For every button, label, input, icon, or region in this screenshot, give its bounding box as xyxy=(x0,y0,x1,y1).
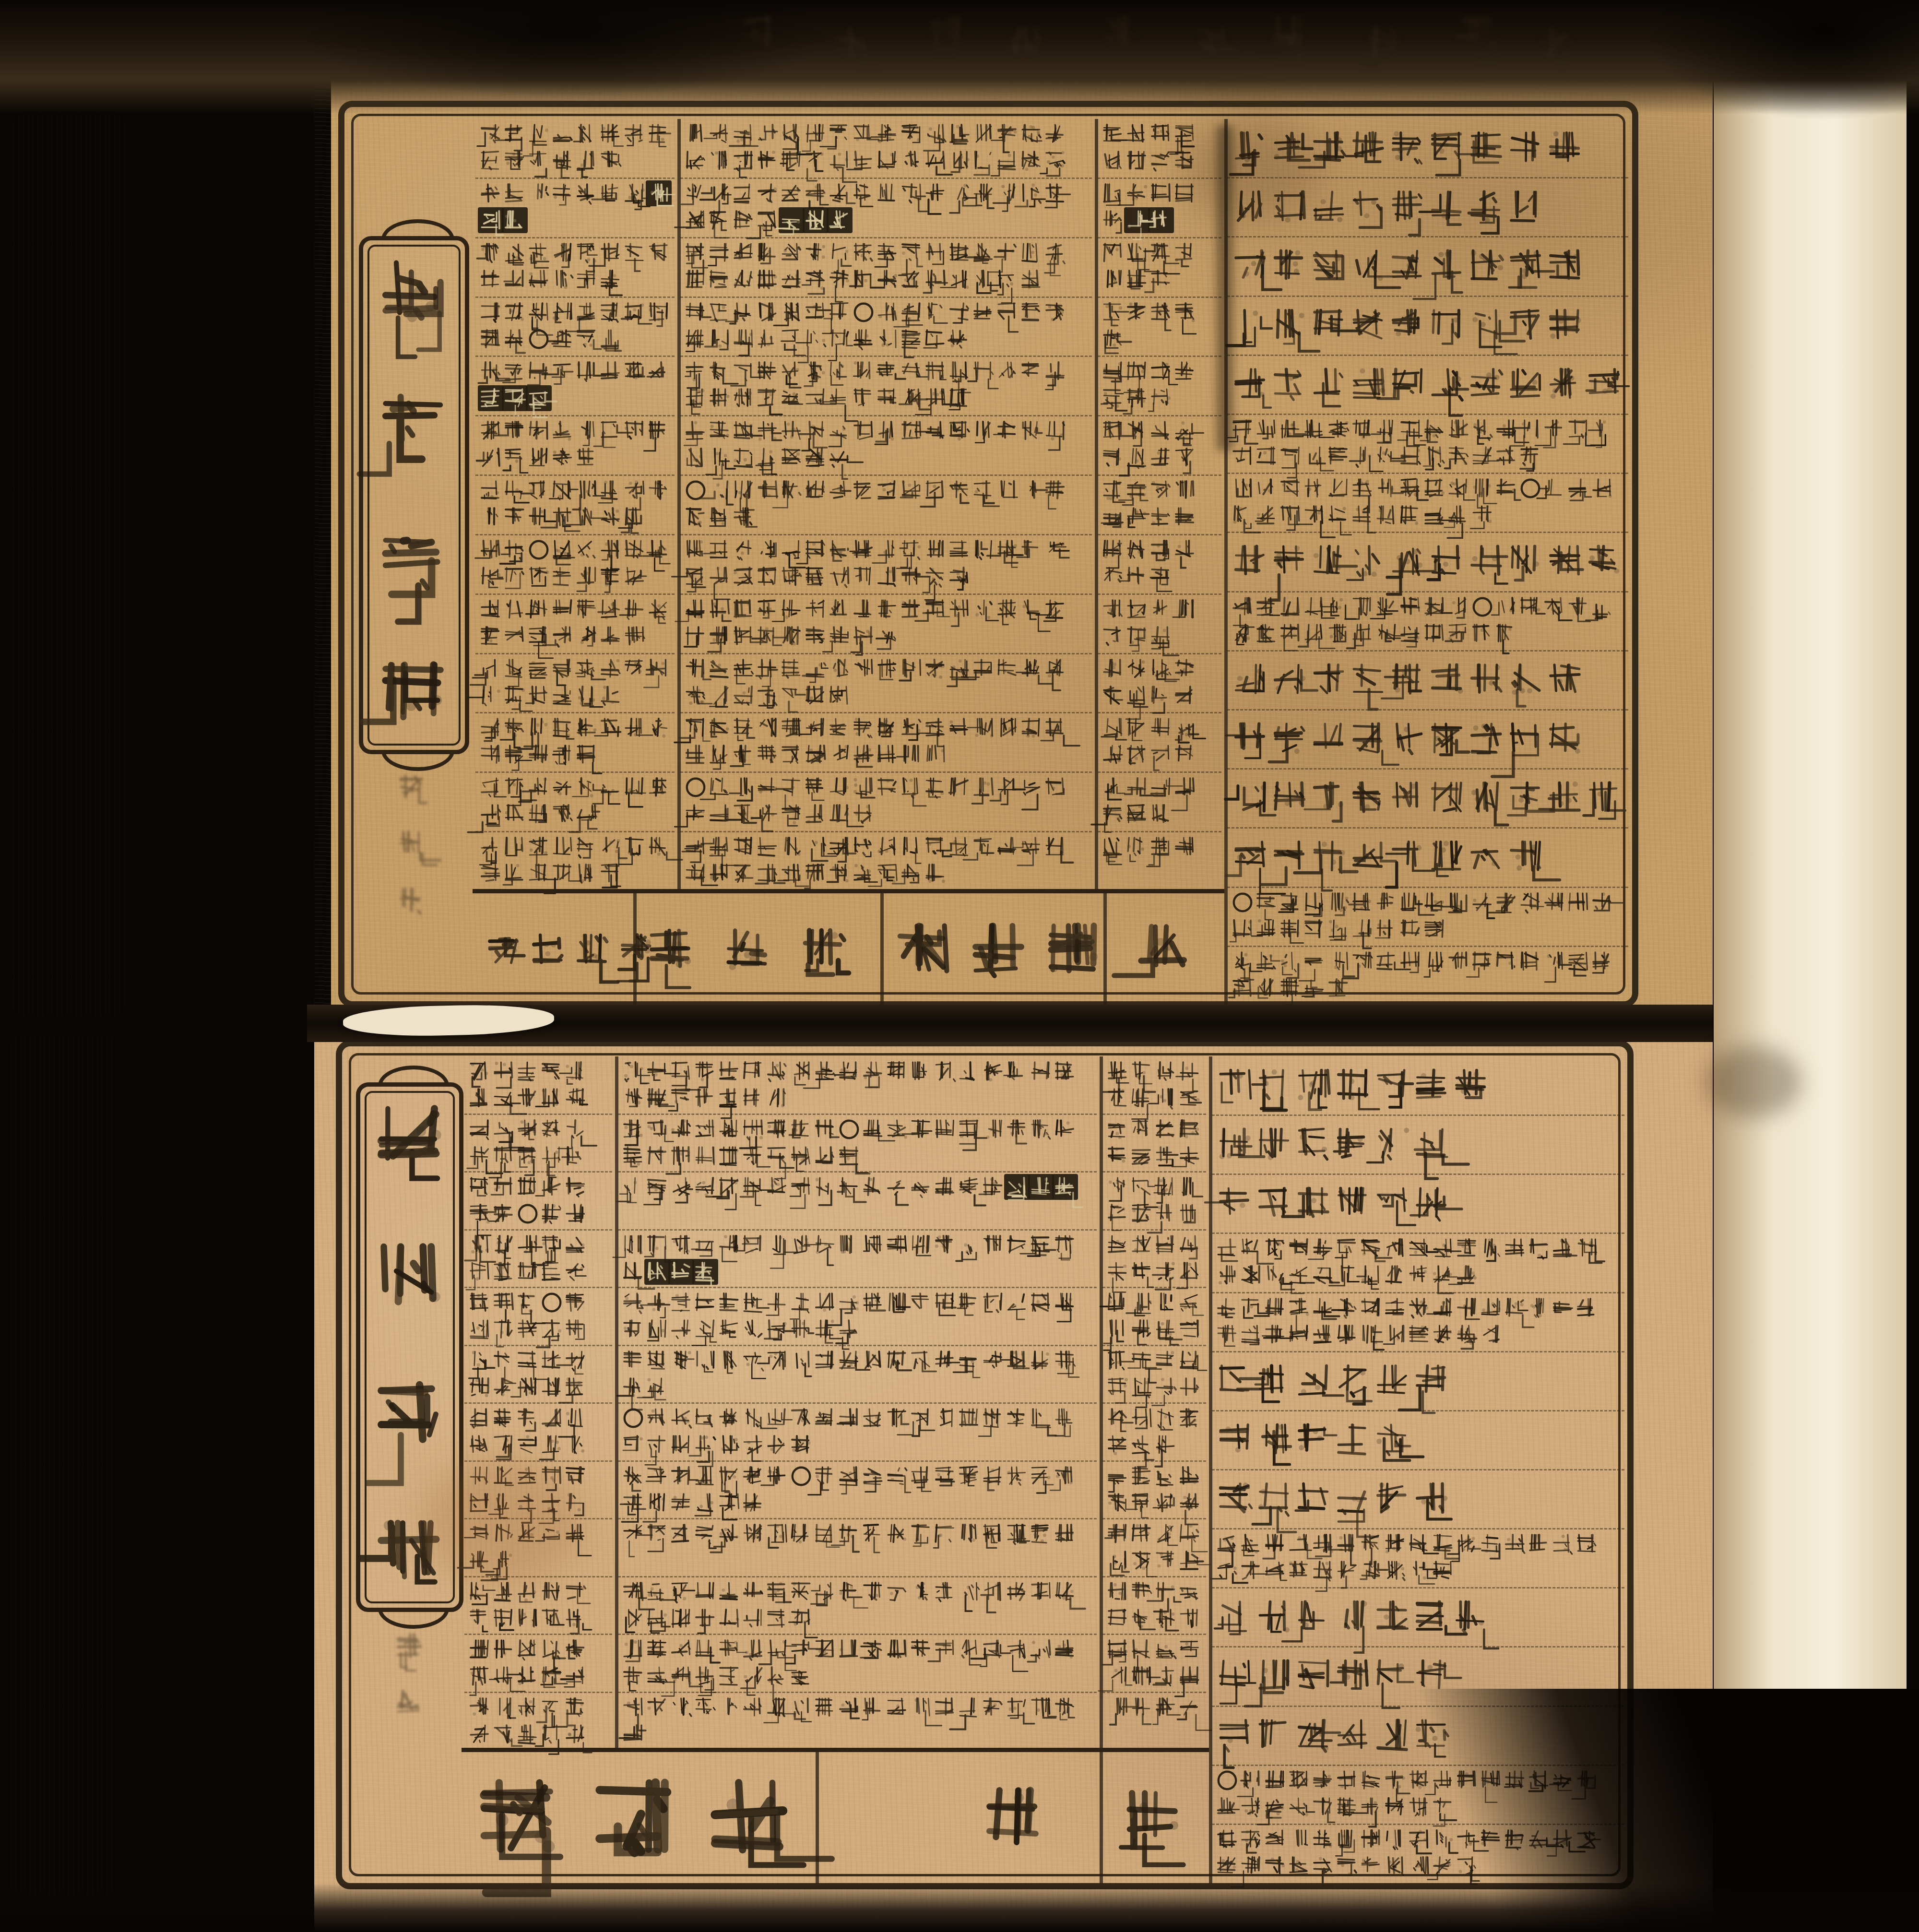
glyph-stroke xyxy=(497,1640,498,1654)
text-band xyxy=(1098,714,1221,770)
glyph-stroke xyxy=(1457,479,1457,497)
glyph-stroke xyxy=(1497,1326,1498,1342)
ink-bleed xyxy=(939,676,942,679)
glyph-stroke xyxy=(1001,130,1008,130)
ink-bleed xyxy=(1516,865,1522,871)
glyph-stroke xyxy=(879,746,880,761)
glyph-stroke xyxy=(980,719,981,734)
glyph-stroke xyxy=(864,1135,882,1136)
ink-bleed xyxy=(809,278,812,281)
glyph-stroke xyxy=(782,154,798,154)
glyph-stroke xyxy=(797,244,798,258)
glyph-stroke xyxy=(738,1494,739,1508)
glyph-stroke xyxy=(1181,1128,1196,1128)
glyph-stroke xyxy=(648,1642,665,1643)
glyph-stroke xyxy=(980,838,981,851)
glyph-stroke xyxy=(1590,374,1618,375)
glyph-stroke xyxy=(1353,521,1370,522)
glyph-stroke xyxy=(730,779,741,794)
ink-bleed xyxy=(529,669,533,673)
glyph-stroke xyxy=(832,395,834,401)
glyph-stroke xyxy=(919,198,927,211)
glyph-stroke xyxy=(830,400,845,401)
ink-bleed xyxy=(657,604,661,607)
glyph-stroke xyxy=(1601,783,1603,810)
ink-bleed xyxy=(831,932,838,939)
glyph-stroke xyxy=(762,1368,763,1371)
glyph-stroke xyxy=(1011,1533,1013,1536)
glyph-stroke xyxy=(557,1353,572,1365)
ink-bleed xyxy=(960,1135,963,1138)
ink-bleed xyxy=(1343,507,1346,510)
ink-bleed xyxy=(1485,1550,1488,1553)
glyph-stroke xyxy=(637,1725,638,1739)
ink-bleed xyxy=(689,665,692,668)
ink-bleed xyxy=(1322,1147,1327,1152)
glyph-stroke xyxy=(712,600,713,617)
glyph-stroke xyxy=(1182,1351,1183,1366)
glyph-stroke xyxy=(1140,271,1140,286)
glyph-stroke xyxy=(1452,272,1462,293)
glyph-stroke xyxy=(1545,967,1555,982)
glyph-stroke xyxy=(1319,310,1321,333)
glyph-stroke xyxy=(577,585,586,591)
glyph-stroke xyxy=(514,734,520,748)
glyph-stroke xyxy=(542,838,543,853)
ink-bleed xyxy=(1066,1121,1070,1125)
glyph-stroke xyxy=(656,1351,657,1365)
glyph-stroke xyxy=(1523,463,1525,465)
glyph-stroke xyxy=(563,184,564,200)
circle-marker xyxy=(1234,893,1251,911)
glyph-stroke xyxy=(1528,450,1528,451)
glyph-stroke xyxy=(1424,970,1430,977)
glyph-stroke xyxy=(1463,632,1464,639)
glyph-stroke xyxy=(1410,1304,1426,1305)
glyph-stroke xyxy=(1138,606,1144,612)
ink-bleed xyxy=(1550,149,1555,154)
ink-bleed xyxy=(1583,420,1587,423)
glyph-stroke xyxy=(579,191,582,192)
ink-bleed xyxy=(942,1245,945,1248)
glyph-stroke xyxy=(712,781,713,791)
glyph-stroke xyxy=(1119,1563,1121,1568)
glyph-stroke xyxy=(914,541,914,556)
glyph-stroke xyxy=(1172,795,1187,811)
ink-bleed xyxy=(1294,748,1300,754)
glyph-stroke xyxy=(535,508,536,524)
glyph-stroke xyxy=(825,1155,827,1156)
ink-bleed xyxy=(1308,488,1311,491)
glyph-stroke xyxy=(531,637,536,639)
ink-bleed xyxy=(864,1076,867,1079)
ink-bleed xyxy=(987,782,990,786)
glyph-stroke xyxy=(602,282,616,283)
text-band xyxy=(1098,476,1221,532)
glyph-stroke xyxy=(1058,362,1059,379)
glyph-stroke xyxy=(1010,1587,1011,1599)
glyph-stroke xyxy=(1045,379,1053,390)
glyph-stroke xyxy=(1181,1680,1198,1681)
glyph-stroke xyxy=(604,702,605,705)
glyph-stroke xyxy=(1417,1622,1441,1623)
glyph-stroke xyxy=(506,1552,506,1566)
glyph-stroke xyxy=(1133,1178,1134,1192)
ink-bleed xyxy=(1047,1476,1051,1479)
glyph-stroke xyxy=(1070,1293,1070,1311)
formula-highlight-block xyxy=(526,385,552,411)
glyph-stroke xyxy=(513,481,513,496)
ink-bleed xyxy=(1472,556,1478,561)
ink-bleed xyxy=(1319,154,1324,160)
ink-bleed xyxy=(1136,460,1139,463)
glyph-stroke xyxy=(733,1147,733,1163)
glyph-stroke xyxy=(1349,895,1364,904)
glyph-stroke xyxy=(562,244,562,257)
ink-bleed xyxy=(1475,796,1480,802)
ink-bleed xyxy=(1193,1481,1196,1484)
glyph-stroke xyxy=(583,138,584,140)
glyph-stroke xyxy=(1523,842,1523,865)
ink-bleed xyxy=(603,686,606,689)
ink-bleed xyxy=(1452,601,1456,604)
glyph-stroke xyxy=(485,1062,486,1079)
glyph-stroke xyxy=(541,271,541,287)
glyph-stroke xyxy=(687,721,701,722)
glyph-stroke xyxy=(1526,910,1528,913)
glyph-stroke xyxy=(1416,1562,1417,1575)
glyph-stroke xyxy=(893,276,895,279)
glyph-stroke xyxy=(1013,838,1013,854)
glyph-stroke xyxy=(1464,1070,1466,1094)
glyph-stroke xyxy=(755,1352,756,1356)
glyph-stroke xyxy=(720,1649,734,1650)
glyph-stroke xyxy=(580,125,581,142)
glyph-stroke xyxy=(789,554,805,568)
ink-bleed xyxy=(783,1322,787,1326)
glyph-stroke xyxy=(628,1467,629,1481)
glyph-stroke xyxy=(1299,1075,1327,1076)
glyph-stroke xyxy=(554,576,570,576)
glyph-stroke xyxy=(1410,310,1411,331)
glyph-stroke xyxy=(1039,1413,1041,1416)
glyph-stroke xyxy=(1176,791,1190,792)
glyph-stroke xyxy=(554,556,570,556)
ink-bleed xyxy=(1432,434,1435,438)
glyph-stroke xyxy=(1374,1326,1375,1339)
ink-bleed xyxy=(1268,448,1271,451)
glyph-stroke xyxy=(697,460,701,465)
ink-bleed xyxy=(1069,1655,1073,1659)
glyph-stroke xyxy=(798,541,799,558)
glyph-stroke xyxy=(1372,29,1374,50)
ink-bleed xyxy=(1060,1073,1064,1077)
glyph-stroke xyxy=(740,161,741,162)
glyph-stroke xyxy=(758,1334,762,1337)
ink-bleed xyxy=(477,1363,480,1366)
glyph-stroke xyxy=(962,491,967,496)
glyph-stroke xyxy=(1046,201,1063,201)
glyph-stroke xyxy=(792,1612,807,1612)
glyph-stroke xyxy=(589,251,605,266)
glyph-stroke xyxy=(1140,660,1141,676)
glyph-stroke xyxy=(934,316,948,323)
glyph-stroke xyxy=(843,1062,844,1080)
glyph-stroke xyxy=(1218,1551,1232,1552)
ink-bleed xyxy=(1573,254,1578,260)
folio-margin-marks xyxy=(384,772,441,945)
text-band xyxy=(1102,1404,1206,1458)
glyph-stroke xyxy=(471,1209,487,1210)
glyph-stroke xyxy=(1169,370,1177,385)
glyph-stroke xyxy=(1442,1576,1448,1578)
glyph-stroke xyxy=(1554,1304,1569,1304)
ink-bleed xyxy=(1551,393,1556,399)
glyph-stroke xyxy=(650,1445,651,1449)
glyph-stroke xyxy=(538,778,539,794)
glyph-stroke xyxy=(840,1186,857,1186)
glyph-stroke xyxy=(743,318,745,320)
ink-bleed xyxy=(779,1535,782,1538)
glyph-stroke xyxy=(926,840,942,841)
glyph-stroke xyxy=(972,1526,974,1529)
glyph-stroke xyxy=(688,553,694,553)
glyph-stroke xyxy=(893,389,894,403)
glyph-stroke xyxy=(1409,627,1410,629)
glyph-stroke xyxy=(911,852,915,853)
glyph-stroke xyxy=(783,1700,795,1713)
glyph-stroke xyxy=(1056,1470,1071,1471)
glyph-stroke xyxy=(870,735,872,738)
glyph-stroke xyxy=(998,310,1013,311)
glyph-stroke xyxy=(500,556,515,564)
glyph-stroke xyxy=(1275,679,1298,680)
ink-bleed xyxy=(688,1351,691,1354)
ink-bleed xyxy=(1142,1566,1146,1570)
glyph-stroke xyxy=(471,1705,486,1706)
glyph-stroke xyxy=(510,569,513,581)
glyph-stroke xyxy=(1256,787,1258,791)
glyph-stroke xyxy=(1182,252,1189,255)
glyph-stroke xyxy=(878,870,895,870)
glyph-stroke xyxy=(1265,909,1271,919)
glyph-stroke xyxy=(782,675,800,676)
glyph-stroke xyxy=(1323,1326,1324,1339)
glyph-stroke xyxy=(896,1195,908,1205)
glyph-stroke xyxy=(519,1073,533,1073)
ink-bleed xyxy=(914,1698,918,1702)
glyph-stroke xyxy=(1275,142,1299,143)
glyph-stroke xyxy=(1446,1239,1446,1256)
ink-bleed xyxy=(629,1092,632,1095)
glyph-stroke xyxy=(753,1640,754,1657)
glyph-stroke xyxy=(1133,1181,1148,1181)
glyph-stroke xyxy=(573,1330,575,1332)
glyph-stroke xyxy=(696,1280,713,1280)
glyph-stroke xyxy=(1132,1793,1134,1836)
glyph-stroke xyxy=(768,607,769,613)
ink-bleed xyxy=(793,821,796,825)
ink-bleed xyxy=(878,140,881,143)
glyph-stroke xyxy=(1401,506,1402,523)
glyph-stroke xyxy=(1299,842,1299,868)
glyph-stroke xyxy=(911,184,912,197)
glyph-stroke xyxy=(676,1147,677,1161)
glyph-stroke xyxy=(1260,1206,1286,1207)
ink-bleed xyxy=(1494,375,1500,380)
glyph-stroke xyxy=(536,129,540,138)
glyph-stroke xyxy=(1543,1299,1543,1313)
glyph-stroke xyxy=(691,449,691,466)
glyph-stroke xyxy=(952,602,953,604)
glyph-stroke xyxy=(1056,1305,1072,1306)
glyph-stroke xyxy=(768,1074,783,1075)
glyph-stroke xyxy=(888,1588,903,1588)
glyph-stroke xyxy=(567,1297,581,1298)
glyph-stroke xyxy=(939,1599,940,1601)
glyph-stroke xyxy=(812,793,824,801)
glyph-stroke xyxy=(945,926,947,971)
glyph-stroke xyxy=(887,660,887,676)
ink-bleed xyxy=(529,257,533,260)
glyph-stroke xyxy=(1401,463,1416,464)
glyph-stroke xyxy=(1157,1363,1171,1363)
glyph-stroke xyxy=(698,1183,700,1185)
glyph-stroke xyxy=(807,1149,810,1163)
glyph-stroke xyxy=(1456,449,1466,464)
glyph-stroke xyxy=(785,1641,796,1646)
glyph-stroke xyxy=(878,166,894,167)
ink-bleed xyxy=(509,671,513,674)
glyph-stroke xyxy=(619,955,635,970)
glyph-stroke xyxy=(1461,952,1462,968)
glyph-stroke xyxy=(555,1667,556,1683)
ink-bleed xyxy=(1159,1179,1162,1182)
glyph-stroke xyxy=(868,1178,869,1195)
glyph-stroke xyxy=(1190,1595,1197,1598)
glyph-stroke xyxy=(1366,484,1371,496)
glyph-stroke xyxy=(826,1310,841,1325)
glyph-stroke xyxy=(1153,703,1164,713)
ink-bleed xyxy=(1310,988,1314,991)
glyph-stroke xyxy=(684,435,697,445)
glyph-stroke xyxy=(1267,1095,1269,1099)
glyph-stroke xyxy=(498,541,499,555)
ink-bleed xyxy=(475,1379,479,1382)
glyph-stroke xyxy=(641,719,641,733)
glyph-stroke xyxy=(519,1296,534,1296)
glyph-stroke xyxy=(1606,954,1608,960)
glyph-stroke xyxy=(626,246,642,247)
glyph-stroke xyxy=(650,612,666,613)
glyph-stroke xyxy=(1179,600,1180,617)
glyph-stroke xyxy=(1276,783,1278,809)
glyph-stroke xyxy=(711,257,726,258)
glyph-stroke xyxy=(1121,1354,1134,1362)
glyph-stroke xyxy=(994,1236,995,1250)
glyph-stroke xyxy=(1181,1248,1195,1249)
glyph-stroke xyxy=(745,1303,752,1303)
glyph-stroke xyxy=(847,1063,848,1068)
glyph-stroke xyxy=(764,362,765,378)
glyph-stroke xyxy=(628,1328,628,1330)
glyph-stroke xyxy=(1188,1467,1188,1481)
glyph-stroke xyxy=(975,1525,976,1539)
ink-bleed xyxy=(743,759,746,762)
glyph-stroke xyxy=(711,635,724,635)
ink-bleed xyxy=(1137,1670,1140,1673)
glyph-stroke xyxy=(534,960,558,960)
glyph-stroke xyxy=(832,465,834,467)
glyph-stroke xyxy=(603,600,603,614)
ink-bleed xyxy=(1562,1535,1565,1538)
glyph-stroke xyxy=(482,396,498,397)
ink-bleed xyxy=(1474,1071,1479,1077)
ink-bleed xyxy=(567,1377,570,1381)
glyph-stroke xyxy=(808,1351,809,1367)
glyph-stroke xyxy=(1417,1093,1445,1093)
glyph-stroke xyxy=(1236,383,1261,384)
glyph-stroke xyxy=(696,1656,713,1656)
glyph-stroke xyxy=(1110,1583,1111,1597)
ink-bleed xyxy=(1489,520,1492,523)
glyph-stroke xyxy=(912,1471,926,1472)
glyph-stroke xyxy=(556,762,557,764)
glyph-stroke xyxy=(1516,192,1517,214)
glyph-stroke xyxy=(636,790,638,793)
glyph-stroke xyxy=(1285,420,1286,435)
glyph-stroke xyxy=(893,782,896,786)
glyph-stroke xyxy=(1125,1670,1132,1685)
glyph-stroke xyxy=(473,1323,475,1333)
glyph-stroke xyxy=(1135,1105,1138,1106)
glyph-stroke xyxy=(964,719,965,735)
glyph-stroke xyxy=(711,816,727,817)
glyph-stroke xyxy=(734,1089,734,1106)
glyph-stroke xyxy=(482,129,496,129)
glyph-stroke xyxy=(1404,192,1405,219)
glyph-stroke xyxy=(1022,261,1037,261)
glyph-stroke xyxy=(1396,330,1411,332)
glyph-stroke xyxy=(1035,661,1036,665)
ink-bleed xyxy=(674,1446,677,1449)
ink-bleed xyxy=(521,1120,524,1124)
glyph-stroke xyxy=(920,1293,921,1308)
glyph-stroke xyxy=(1113,778,1114,793)
ink-bleed xyxy=(1012,1351,1016,1354)
glyph-stroke xyxy=(850,1236,851,1253)
glyph-stroke xyxy=(652,1327,656,1337)
ink-bleed xyxy=(805,1238,808,1241)
ink-bleed xyxy=(984,1192,987,1196)
glyph-stroke xyxy=(960,1716,976,1717)
glyph-stroke xyxy=(500,1251,504,1253)
glyph-stroke xyxy=(713,661,714,663)
glyph-stroke xyxy=(756,1069,758,1072)
glyph-stroke xyxy=(1176,259,1192,260)
glyph-stroke xyxy=(954,731,956,734)
glyph-stroke xyxy=(1478,420,1479,434)
glyph-stroke xyxy=(1343,964,1354,976)
glyph-stroke xyxy=(695,660,696,676)
glyph-stroke xyxy=(633,508,633,522)
glyph-stroke xyxy=(1021,1130,1023,1135)
glyph-stroke xyxy=(483,1625,487,1631)
glyph-stroke xyxy=(1449,518,1464,518)
glyph-stroke xyxy=(1143,687,1144,704)
text-band xyxy=(475,714,675,770)
glyph-stroke xyxy=(1404,893,1405,910)
